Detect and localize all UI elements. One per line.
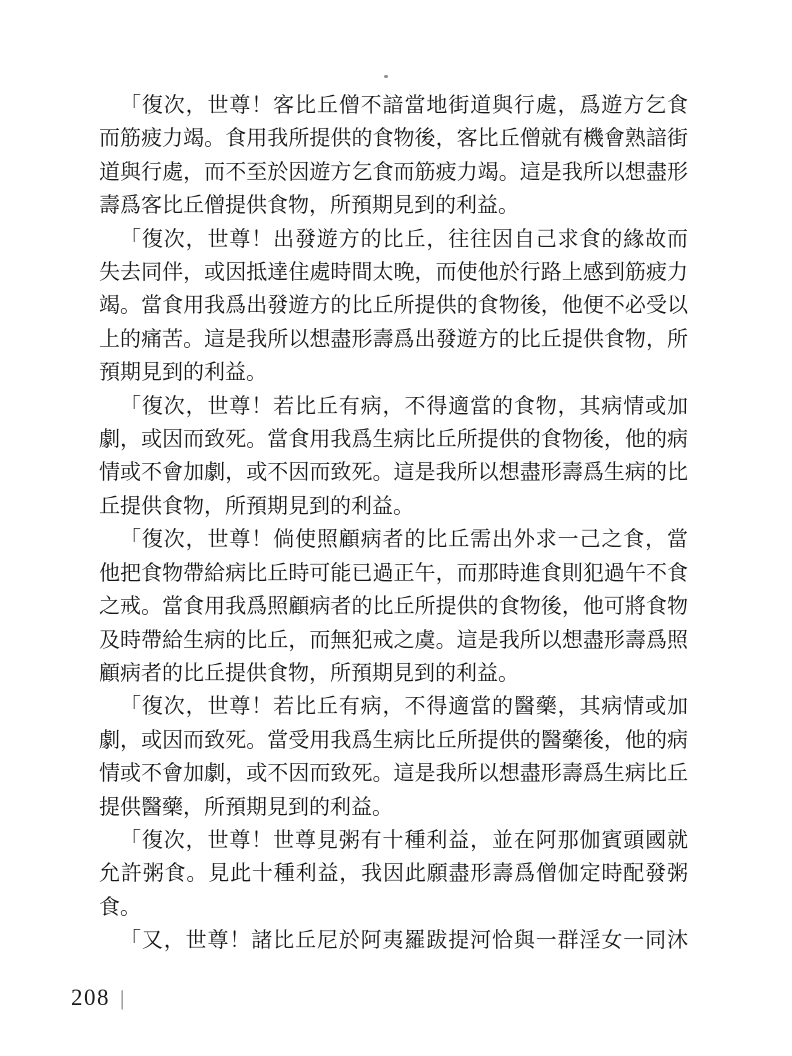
page-footer: 208 | xyxy=(71,985,124,1011)
text-line: 上的痛苦。這是我所以想盡形壽爲出發遊方的比丘提供食物，所 xyxy=(99,323,688,356)
text-line: 竭。當食用我爲出發遊方的比丘所提供的食物後，他便不必受以 xyxy=(99,289,688,322)
paragraph: 「復次，世尊！世尊見粥有十種利益，並在阿那伽賓頭國就允許粥食。見此十種利益，我因… xyxy=(99,824,688,924)
paragraph: 「復次，世尊！倘使照顧病者的比丘需出外求一己之食，當他把食物帶給病比丘時可能已過… xyxy=(99,523,688,690)
text-line: 而筋疲力竭。食用我所提供的食物後，客比丘僧就有機會熟諳街 xyxy=(99,122,688,155)
scan-speck xyxy=(384,75,388,78)
text-line: 預期見到的利益。 xyxy=(99,356,688,389)
paragraph: 「復次，世尊！若比丘有病，不得適當的食物，其病情或加劇，或因而致死。當食用我爲生… xyxy=(99,390,688,524)
text-line: 「復次，世尊！世尊見粥有十種利益，並在阿那伽賓頭國就 xyxy=(99,824,688,857)
text-line: 食。 xyxy=(99,891,688,924)
paragraph: 「復次，世尊！出發遊方的比丘，往往因自己求食的緣故而失去同伴，或因抵達住處時間太… xyxy=(99,223,688,390)
text-line: 劇，或因而致死。當食用我爲生病比丘所提供的食物後，他的病 xyxy=(99,423,688,456)
paragraph: 「又，世尊！諸比丘尼於阿夷羅跋提河恰與一群淫女一同沐 xyxy=(99,924,688,957)
text-line: 「復次，世尊！客比丘僧不諳當地街道與行處，爲遊方乞食 xyxy=(99,89,688,122)
text-line: 之戒。當食用我爲照顧病者的比丘所提供的食物後，他可將食物 xyxy=(99,590,688,623)
text-line: 情或不會加劇，或不因而致死。這是我所以想盡形壽爲生病的比 xyxy=(99,456,688,489)
text-line: 道與行處，而不至於因遊方乞食而筋疲力竭。這是我所以想盡形 xyxy=(99,156,688,189)
paragraph: 「復次，世尊！若比丘有病，不得適當的醫藥，其病情或加劇，或因而致死。當受用我爲生… xyxy=(99,690,688,824)
text-line: 顧病者的比丘提供食物，所預期見到的利益。 xyxy=(99,657,688,690)
text-line: 他把食物帶給病比丘時可能已過正午，而那時進食則犯過午不食 xyxy=(99,557,688,590)
text-line: 「復次，世尊！出發遊方的比丘，往往因自己求食的緣故而 xyxy=(99,223,688,256)
text-line: 壽爲客比丘僧提供食物，所預期見到的利益。 xyxy=(99,189,688,222)
body-text: 「復次，世尊！客比丘僧不諳當地街道與行處，爲遊方乞食而筋疲力竭。食用我所提供的食… xyxy=(99,89,688,958)
text-line: 丘提供食物，所預期見到的利益。 xyxy=(99,490,688,523)
text-line: 「復次，世尊！若比丘有病，不得適當的醫藥，其病情或加 xyxy=(99,690,688,723)
text-line: 情或不會加劇，或不因而致死。這是我所以想盡形壽爲生病比丘 xyxy=(99,757,688,790)
text-line: 劇，或因而致死。當受用我爲生病比丘所提供的醫藥後，他的病 xyxy=(99,724,688,757)
text-line: 失去同伴，或因抵達住處時間太晚，而使他於行路上感到筋疲力 xyxy=(99,256,688,289)
text-line: 及時帶給生病的比丘，而無犯戒之虞。這是我所以想盡形壽爲照 xyxy=(99,624,688,657)
page-number: 208 xyxy=(71,985,110,1011)
text-line: 允許粥食。見此十種利益，我因此願盡形壽爲僧伽定時配發粥 xyxy=(99,857,688,890)
footer-divider-bar: | xyxy=(121,986,124,1011)
text-line: 「復次，世尊！若比丘有病，不得適當的食物，其病情或加 xyxy=(99,390,688,423)
text-line: 提供醫藥，所預期見到的利益。 xyxy=(99,791,688,824)
paragraph: 「復次，世尊！客比丘僧不諳當地街道與行處，爲遊方乞食而筋疲力竭。食用我所提供的食… xyxy=(99,89,688,223)
book-page: 「復次，世尊！客比丘僧不諳當地街道與行處，爲遊方乞食而筋疲力竭。食用我所提供的食… xyxy=(0,0,792,1056)
text-line: 「又，世尊！諸比丘尼於阿夷羅跋提河恰與一群淫女一同沐 xyxy=(99,924,688,957)
text-line: 「復次，世尊！倘使照顧病者的比丘需出外求一己之食，當 xyxy=(99,523,688,556)
